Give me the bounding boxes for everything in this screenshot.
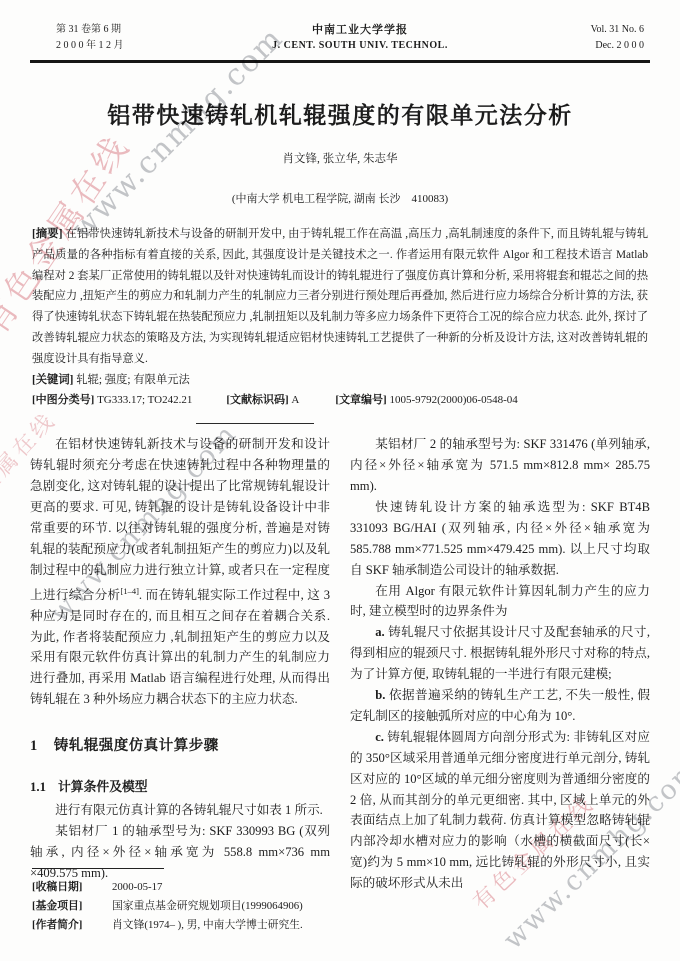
watermark-url: www.cnmhg.com (64, 20, 290, 246)
subsection-title: 计算条件及模型 (58, 780, 148, 794)
footnote-label: [基金项目] (32, 897, 104, 916)
list-item-a: a. 铸轧辊尺寸依据其设计尺寸及配套轴承的尺寸, 得到相应的辊颈尺寸. 根据铸轧… (350, 622, 650, 685)
header-rule (30, 60, 650, 63)
header-issue-info: 第 31 卷第 6 期 2 0 0 0 年 1 2 月 (34, 22, 206, 54)
abstract: [摘要] 在铝带快速铸轧新技术与设备的研制开发中, 由于铸轧辊工作在高温 ,高压… (32, 224, 648, 370)
title-body-divider (196, 423, 314, 424)
doc-code-value: A (291, 394, 299, 406)
subsection-number: 1.1 (30, 780, 46, 794)
clc-label: [中图分类号] (32, 394, 94, 406)
footnote-rule (32, 868, 164, 869)
abstract-text: 在铝带快速铸轧新技术与设备的研制开发中, 由于铸轧辊工作在高温 ,高压力 ,高轧… (32, 228, 648, 365)
journal-name: 中南工业大学学报 J. CENT. SOUTH UNIV. TECHNOL. (206, 22, 514, 54)
vol-no-en: Vol. 31 No. 6 (514, 22, 644, 38)
footnote-label: [作者简介] (32, 916, 104, 935)
section-heading: 1铸轧辊强度仿真计算步骤 (30, 736, 330, 757)
item-label: a. (375, 625, 384, 639)
document-code: [文献标识码] A (226, 390, 299, 411)
paragraph-text: . 而在铸轧辊实际工作过程中, 这 3 种应力是同时存在的, 而且相互之间存在着… (30, 588, 330, 707)
journal-name-cn: 中南工业大学学报 (206, 22, 514, 38)
paragraph: 在铝材快速铸轧新技术与设备的研制开发和设计铸轧辊时须充分考虑在快速铸轧过程中各种… (30, 434, 330, 710)
keywords-text: 轧辊; 强度; 有限单元法 (76, 374, 190, 386)
section-title: 铸轧辊强度仿真计算步骤 (54, 738, 219, 754)
item-label: c. (375, 730, 384, 744)
item-label: b. (375, 688, 385, 702)
list-item-c: c. 铸轧辊辊体圆周方向剖分形式为: 非铸轧区对应的 350°区域采用普通单元细… (350, 727, 650, 894)
keywords: [关键词] 轧辊; 强度; 有限单元法 (32, 370, 648, 391)
article-id: [文章编号] 1005-9792(2000)06-0548-04 (335, 390, 517, 411)
issue-date-en: Dec. 2 0 0 0 (514, 38, 644, 54)
section-number: 1 (30, 738, 38, 754)
column-right: 某铝材厂 2 的轴承型号为: SKF 331476 (单列轴承, 内径×外径×轴… (350, 434, 650, 916)
abstract-label: [摘要] (32, 228, 62, 240)
footnote-text: 国家重点基金研究规划项目(1999064906) (112, 897, 303, 916)
paragraph: 某铝材厂 2 的轴承型号为: SKF 331476 (单列轴承, 内径×外径×轴… (350, 434, 650, 497)
footnote-author-bio: [作者简介] 肖文锋(1974– ), 男, 中南大学博士研究生. (32, 916, 372, 935)
item-text: 依据普遍采纳的铸轧生产工艺, 不失一般性, 假定轧制区的接触弧所对应的中心角为 … (350, 688, 650, 723)
column-left: 在铝材快速铸轧新技术与设备的研制开发和设计铸轧辊时须充分考虑在快速铸轧过程中各种… (30, 434, 330, 916)
clc-number: [中图分类号] TG333.17; TO242.21 (32, 390, 192, 411)
footnote-received-date: [收稿日期] 2000-05-17 (32, 878, 372, 897)
meta-line: [中图分类号] TG333.17; TO242.21 [文献标识码] A [文章… (32, 390, 648, 411)
volume-issue: 第 31 卷第 6 期 (56, 22, 206, 38)
paragraph-text: 在铝材快速铸轧新技术与设备的研制开发和设计铸轧辊时须充分考虑在快速铸轧过程中各种… (30, 437, 330, 602)
doc-code-label: [文献标识码] (226, 394, 288, 406)
footnote-text: 2000-05-17 (112, 878, 162, 897)
body-columns: 在铝材快速铸轧新技术与设备的研制开发和设计铸轧辊时须充分考虑在快速铸轧过程中各种… (30, 434, 650, 916)
paragraph: 进行有限元仿真计算的各铸轧辊尺寸如表 1 所示. (30, 800, 330, 821)
journal-name-en: J. CENT. SOUTH UNIV. TECHNOL. (206, 38, 514, 54)
article-title: 铝带快速铸轧机轧辊强度的有限单元法分析 (40, 97, 640, 130)
footnote-label: [收稿日期] (32, 878, 104, 897)
subsection-heading: 1.1计算条件及模型 (30, 777, 330, 798)
item-text: 铸轧辊尺寸依据其设计尺寸及配套轴承的尺寸, 得到相应的辊颈尺寸. 根据铸轧辊外形… (350, 625, 650, 681)
footnote-text: 肖文锋(1974– ), 男, 中南大学博士研究生. (112, 916, 303, 935)
clc-value: TG333.17; TO242.21 (97, 394, 192, 406)
footnote-foundation: [基金项目] 国家重点基金研究规划项目(1999064906) (32, 897, 372, 916)
item-text: 铸轧辊辊体圆周方向剖分形式为: 非铸轧区对应的 350°区域采用普通单元细分密度… (350, 730, 650, 890)
list-item-b: b. 依据普遍采纳的铸轧生产工艺, 不失一般性, 假定轧制区的接触弧所对应的中心… (350, 685, 650, 727)
authors: 肖文锋, 张立华, 朱志华 (0, 150, 680, 166)
journal-header: 第 31 卷第 6 期 2 0 0 0 年 1 2 月 中南工业大学学报 J. … (0, 0, 680, 54)
header-vol-info: Vol. 31 No. 6 Dec. 2 0 0 0 (514, 22, 646, 54)
keywords-label: [关键词] (32, 374, 73, 386)
journal-page: www.cnmhg.com 有色金属在线 www.cnmhg.com 有色金属在… (0, 0, 680, 961)
paragraph: 快速铸轧设计方案的轴承选型为: SKF BT4B 331093 BG/HAI (… (350, 497, 650, 581)
article-id-label: [文章编号] (335, 394, 386, 406)
footnote-block: [收稿日期] 2000-05-17 [基金项目] 国家重点基金研究规划项目(19… (32, 868, 372, 935)
citation-ref: [1–4] (121, 586, 139, 596)
paragraph: 在用 Algor 有限元软件计算因轧制力产生的应力时, 建立模型时的边界条件为 (350, 581, 650, 623)
issue-date-cn: 2 0 0 0 年 1 2 月 (56, 38, 206, 54)
article-id-value: 1005-9792(2000)06-0548-04 (389, 394, 517, 406)
affiliation: (中南大学 机电工程学院, 湖南 长沙 410083) (0, 190, 680, 206)
